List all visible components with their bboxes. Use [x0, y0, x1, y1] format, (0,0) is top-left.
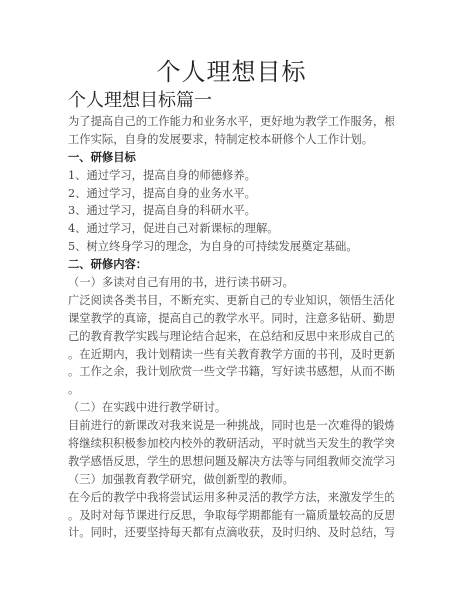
- paragraph-line: 目前进行的新课改对我来说是一种挑战，同时也是一次难得的锻炼机会。我: [68, 417, 394, 435]
- paragraph-line: 1、通过学习，提高自身的师德修养。: [68, 167, 394, 185]
- paragraph-line: 。及时对每节课进行反思，争取每学期都能有一篇质量较高的反思和教学设: [68, 507, 394, 525]
- paragraph-line: 。工作之余，我计划欣赏一些文学书籍，写好读书感想，从而不断充实自己: [68, 363, 394, 381]
- document-page: 个人理想目标 个人理想目标篇一 为了提高自己的工作能力和业务水平，更好地为教学工…: [0, 0, 463, 600]
- paragraph-line: 3、通过学习，提高自身的科研水平。: [68, 202, 394, 220]
- paragraph-line: （二）在实践中进行教学研讨。: [68, 399, 394, 417]
- paragraph-line: 5、树立终身学习的理念，为自身的可持续发展奠定基础。: [68, 238, 394, 256]
- section-title: 个人理想目标篇一: [68, 86, 212, 112]
- document-body: 为了提高自己的工作能力和业务水平，更好地为教学工作服务，根据学校的工作实际，自身…: [68, 113, 394, 542]
- section-heading: 二、研修内容：: [68, 256, 394, 274]
- paragraph-line: 为了提高自己的工作能力和业务水平，更好地为教学工作服务，根据学校的: [68, 113, 394, 131]
- page-title: 个人理想目标: [0, 52, 463, 87]
- paragraph-line: （一）多读对自己有用的书，进行读书研习。: [68, 274, 394, 292]
- paragraph-line: 2、通过学习，提高自身的业务水平。: [68, 185, 394, 203]
- paragraph-line: 广泛阅读各类书目，不断充实、更新自己的专业知识，领悟生活化、情境化: [68, 292, 394, 310]
- paragraph-line: 4、通过学习，促进自己对新课标的理解。: [68, 220, 394, 238]
- paragraph-line: 。在近期内，我计划精读一些有关教育教学方面的书刊，及时更新教育理念: [68, 346, 394, 364]
- paragraph-line: 教学感悟反思，学生的思想问题及解决方法等与同组教师交流学习。: [68, 453, 394, 471]
- paragraph-line: 。: [68, 381, 394, 399]
- paragraph-line: 将继续积积极参加校内校外的教研活动，平时就当天发生的教学突发事件，: [68, 435, 394, 453]
- paragraph-line: 工作实际，自身的发展要求，特制定校本研修个人工作计划。: [68, 131, 394, 149]
- paragraph-line: 课堂教学的真谛，提高自己的教学水平。同时，注意多钻研、勤思考，将自: [68, 310, 394, 328]
- paragraph-line: 计。同时，还要坚持每天都有点滴收获，及时归纳、及时总结，写出教育教: [68, 524, 394, 542]
- paragraph-line: 在今后的教学中我将尝试运用多种灵活的教学方法，来激发学生的学习兴趣: [68, 489, 394, 507]
- paragraph-line: （三）加强教育教学研究，做创新型的教师。: [68, 471, 394, 489]
- paragraph-line: 己的教育教学实践与理论结合起来，在总结和反思中来形成自己的教学风格: [68, 328, 394, 346]
- section-heading: 一、研修目标: [68, 149, 394, 167]
